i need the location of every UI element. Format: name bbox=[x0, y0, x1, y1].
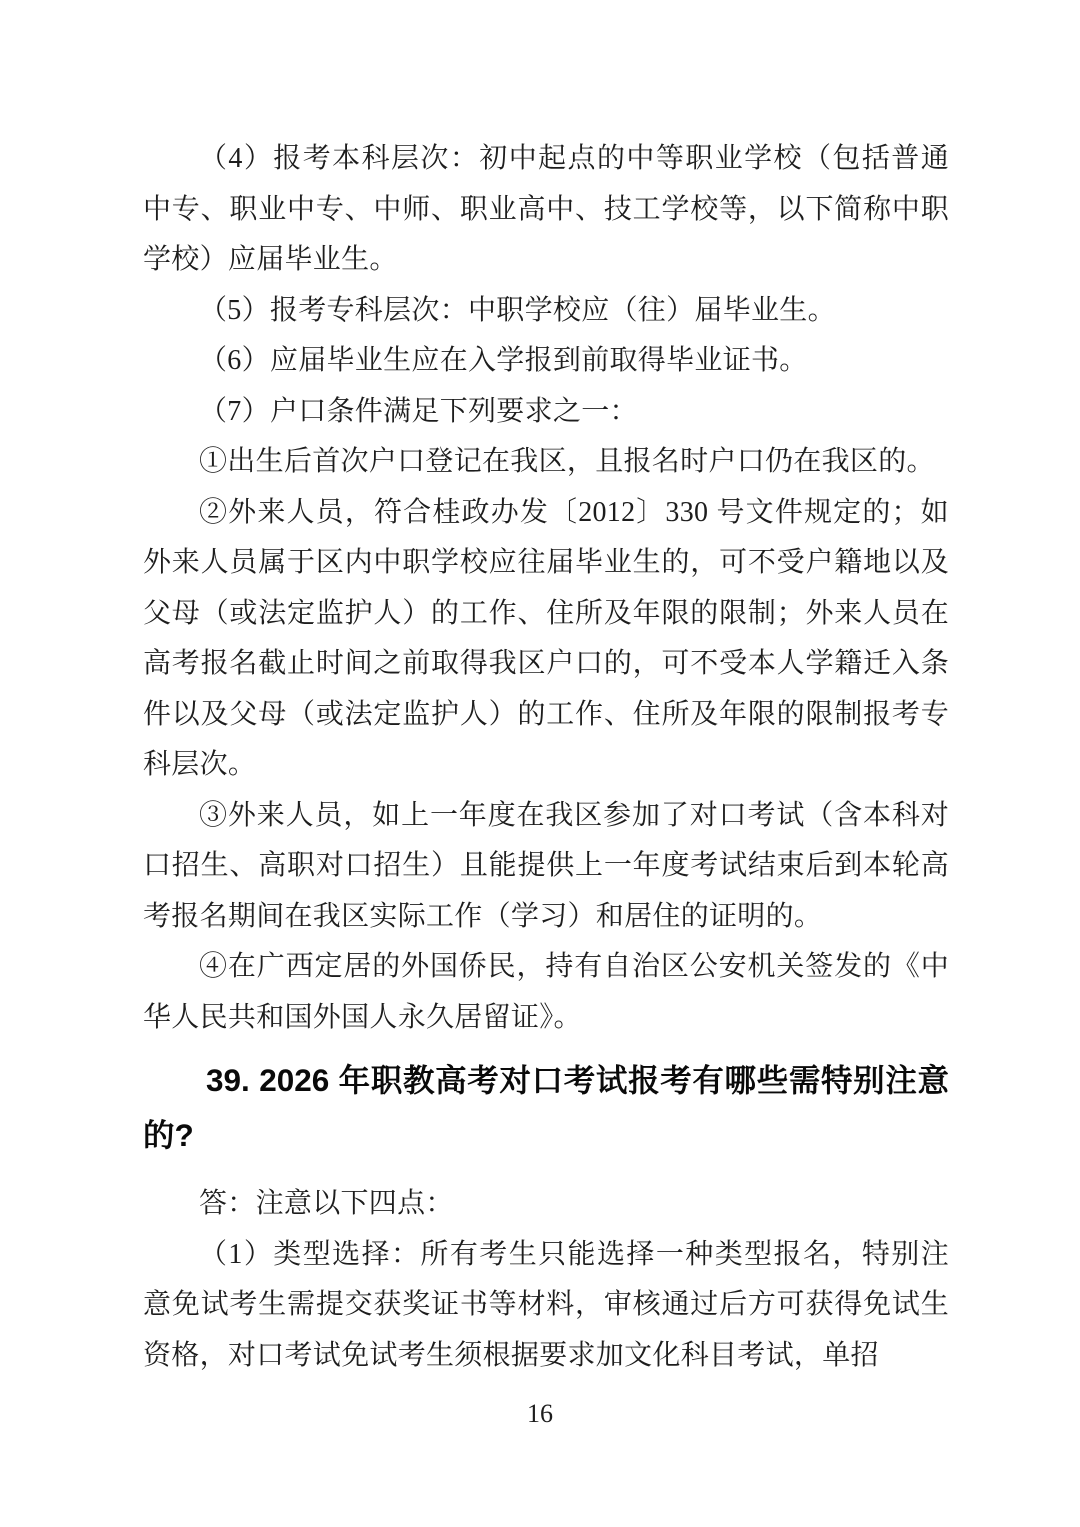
hukou-condition-2: ②外来人员，符合桂政办发〔2012〕330 号文件规定的；如外来人员属于区内中职… bbox=[143, 488, 949, 791]
question-39-heading: 39. 2026 年职教高考对口考试报考有哪些需特别注意的? bbox=[143, 1053, 949, 1163]
answer-intro: 答：注意以下四点： bbox=[143, 1179, 949, 1230]
document-page: （4）报考本科层次：初中起点的中等职业学校（包括普通中专、职业中专、中师、职业高… bbox=[0, 0, 1080, 1527]
page-number: 16 bbox=[0, 1398, 1080, 1430]
hukou-condition-4: ④在广西定居的外国侨民，持有自治区公安机关签发的《中华人民共和国外国人永久居留证… bbox=[143, 942, 949, 1043]
document-content: （4）报考本科层次：初中起点的中等职业学校（包括普通中专、职业中专、中师、职业高… bbox=[143, 134, 949, 1381]
hukou-condition-3: ③外来人员，如上一年度在我区参加了对口考试（含本科对口招生、高职对口招生）且能提… bbox=[143, 791, 949, 943]
answer-point-1: （1）类型选择：所有考生只能选择一种类型报名，特别注意免试考生需提交获奖证书等材… bbox=[143, 1230, 949, 1382]
paragraph-item-7: （7）户口条件满足下列要求之一： bbox=[143, 387, 949, 438]
hukou-condition-1: ①出生后首次户口登记在我区，且报名时户口仍在我区的。 bbox=[143, 437, 949, 488]
paragraph-item-5: （5）报考专科层次：中职学校应（往）届毕业生。 bbox=[143, 286, 949, 337]
paragraph-item-6: （6）应届毕业生应在入学报到前取得毕业证书。 bbox=[143, 336, 949, 387]
paragraph-item-4: （4）报考本科层次：初中起点的中等职业学校（包括普通中专、职业中专、中师、职业高… bbox=[143, 134, 949, 286]
